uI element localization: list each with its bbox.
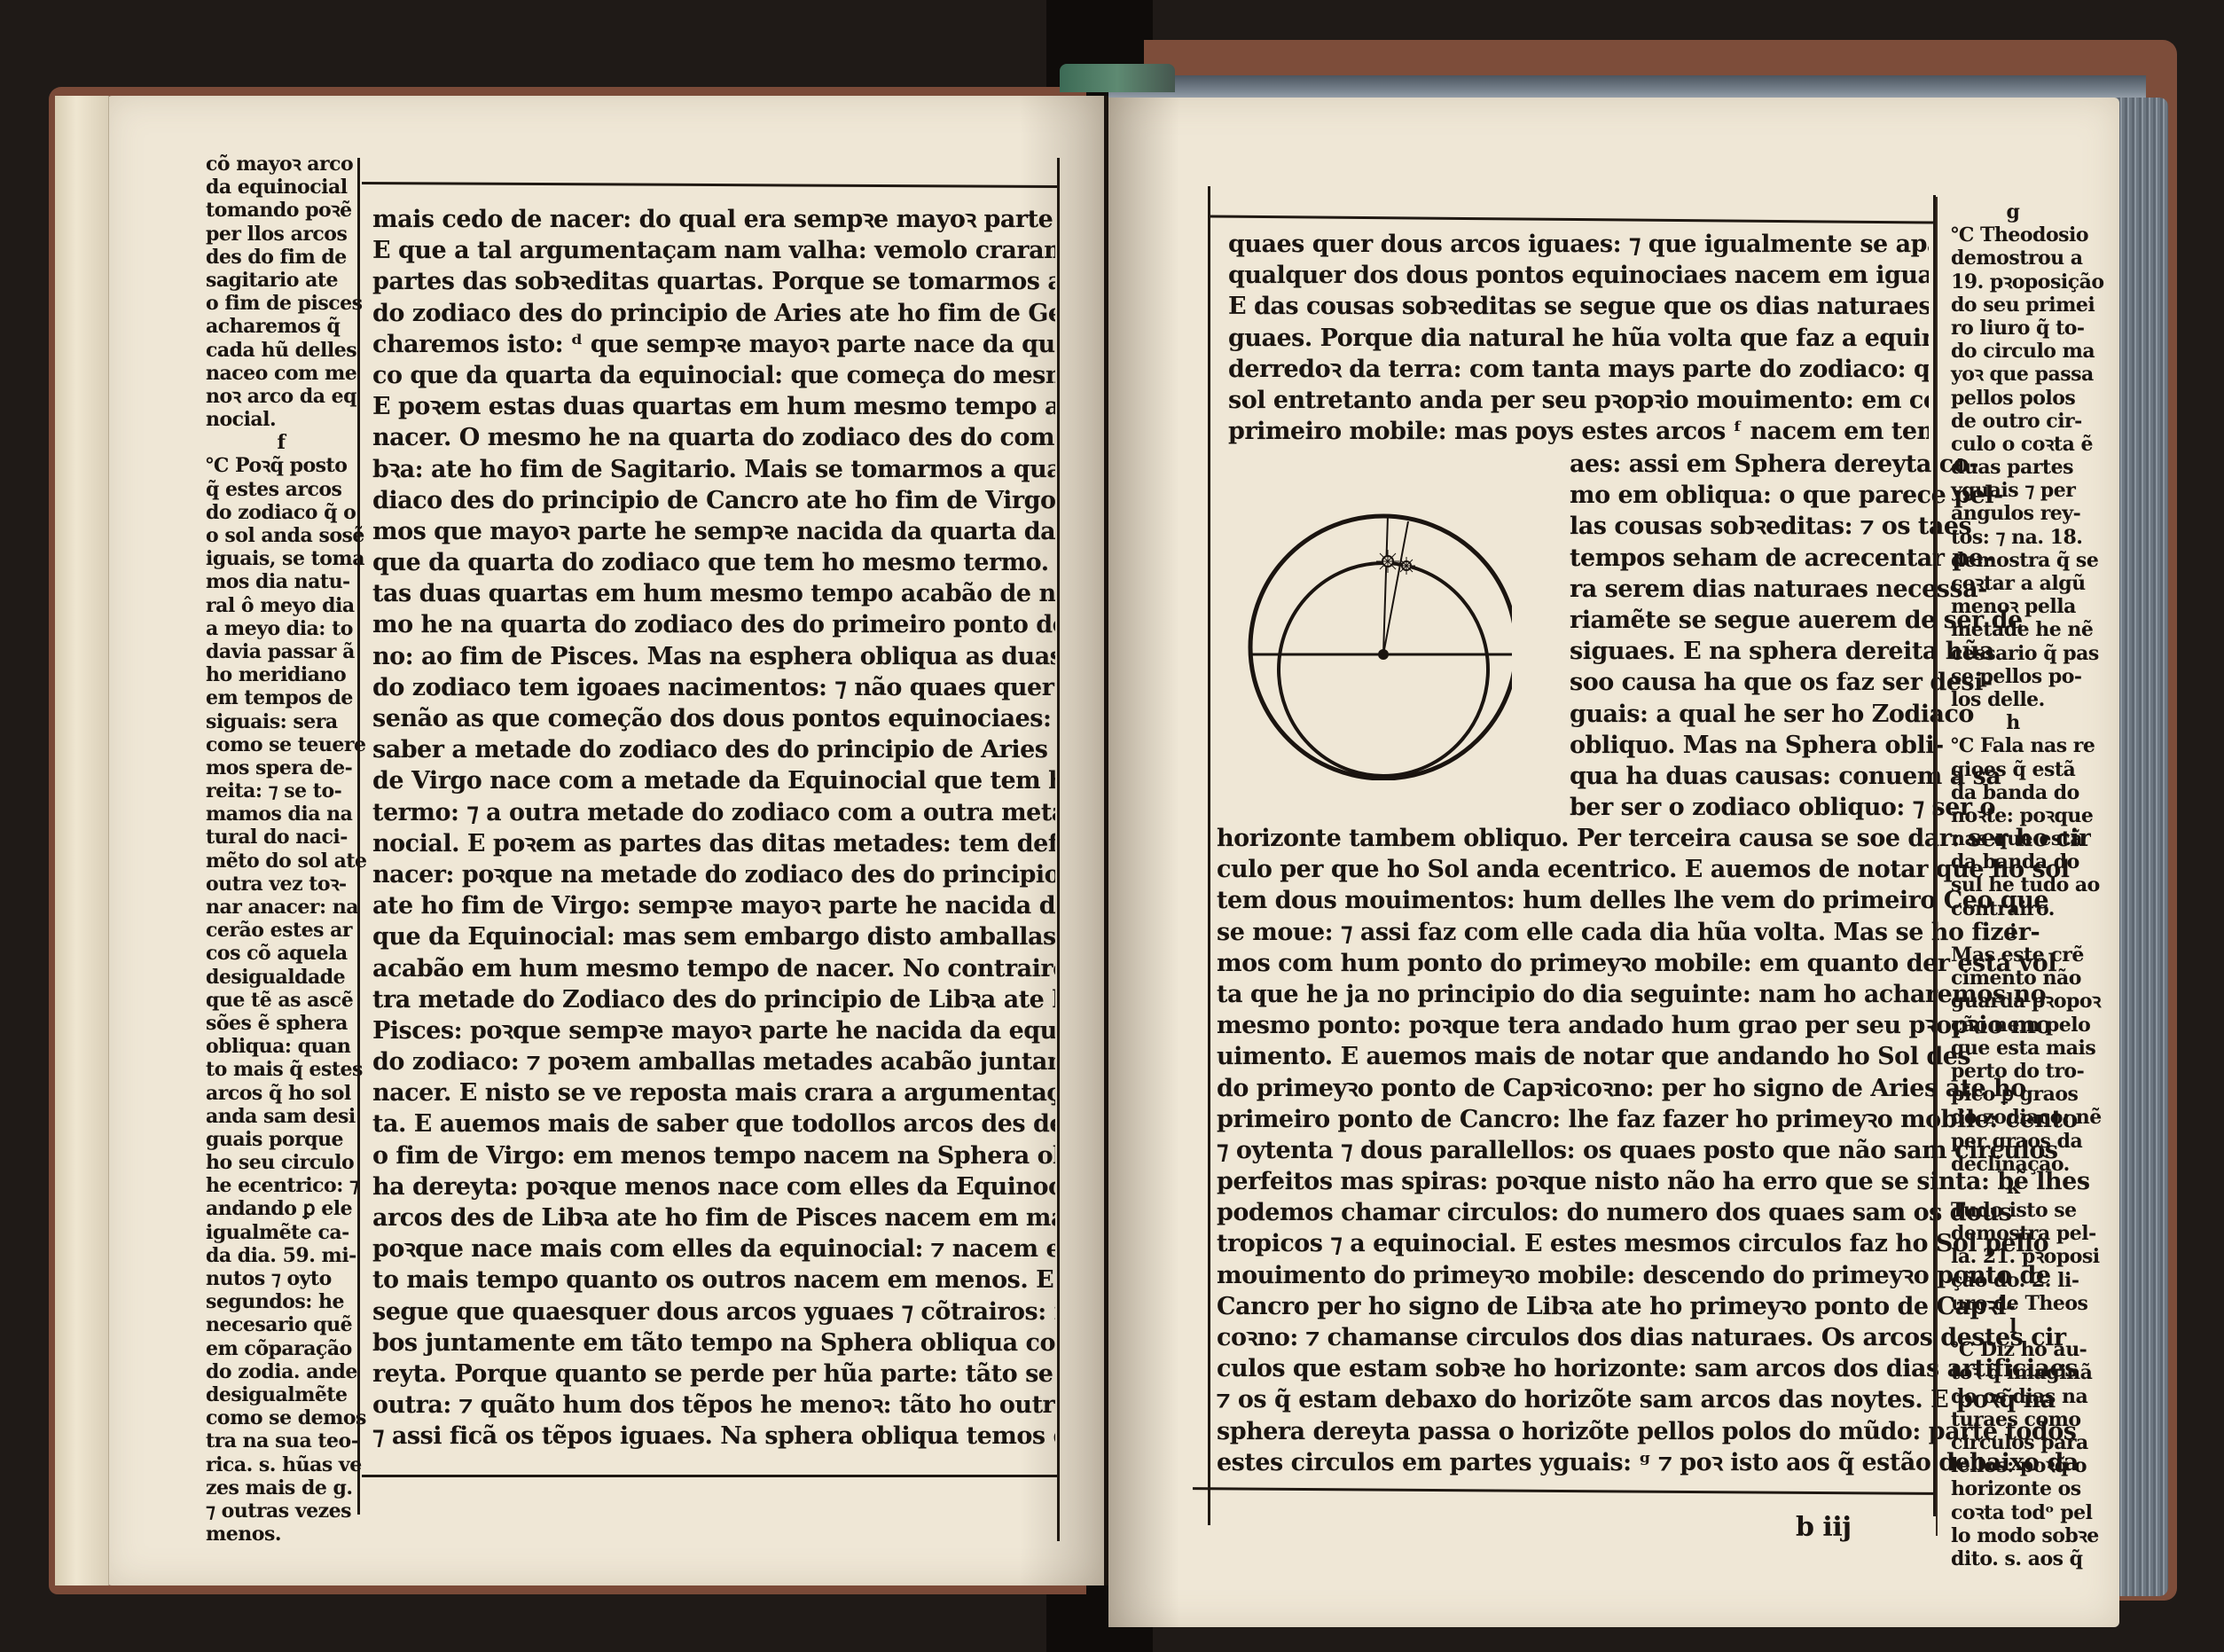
margin-line: da dia. 59. mi- bbox=[206, 1244, 356, 1267]
margin-line: em cõparação bbox=[206, 1337, 356, 1360]
margin-line: gioes q̃ estã bbox=[1951, 758, 2075, 781]
margin-line: da banda do bbox=[1951, 850, 2075, 873]
right-margin-divider-rule bbox=[1936, 197, 1938, 1536]
margin-line: desigualmẽte bbox=[206, 1383, 356, 1406]
margin-line: ho seu circulo bbox=[206, 1151, 356, 1174]
margin-line: ⁊ outras vezes bbox=[206, 1499, 356, 1523]
note-marker-h: h bbox=[1951, 711, 2075, 734]
margin-line: como se teuere bbox=[206, 733, 356, 756]
margin-line: que esta mais bbox=[1951, 1037, 2075, 1060]
text-line: que da quarta do zodiaco que tem ho mesm… bbox=[372, 547, 1055, 578]
margin-line: naceo com me bbox=[206, 362, 356, 385]
text-line: de Virgo nace com a metade da Equinocial… bbox=[372, 765, 1055, 796]
margin-line: menos. bbox=[206, 1523, 356, 1546]
margin-line: cerão estes ar bbox=[206, 919, 356, 942]
margin-line: coꝛta todᵒ pel bbox=[1951, 1501, 2075, 1524]
text-line: arcos des de Libꝛa ate ho fim de Pisces … bbox=[372, 1202, 1055, 1233]
margin-line: yoꝛ que passa bbox=[1951, 363, 2075, 386]
text-line: nacer: poꝛque na metade do zodiaco des d… bbox=[372, 859, 1055, 890]
margin-line: cada hũ delles bbox=[206, 339, 356, 362]
note-marker-f: f bbox=[206, 431, 356, 454]
margin-line: mẽto do sol ate bbox=[206, 849, 356, 873]
margin-line: declinação. bbox=[1951, 1153, 2075, 1176]
text-line: bos juntamente em tãto tempo na Sphera o… bbox=[372, 1327, 1055, 1358]
text-line: no: ao fim de Pisces. Mas na esphera obl… bbox=[372, 641, 1055, 672]
margin-line: mos dia natu- bbox=[206, 570, 356, 593]
margin-line: nocial. bbox=[206, 408, 356, 431]
margin-line: cimento não bbox=[1951, 967, 2075, 990]
margin-line: obliqua: quan bbox=[206, 1035, 356, 1058]
margin-line: que tẽ as ascẽ bbox=[206, 989, 356, 1012]
margin-line: demostra q̃ se bbox=[1951, 549, 2075, 572]
margin-line: se pellos po- bbox=[1951, 665, 2075, 688]
note-marker-g: g bbox=[1951, 200, 2075, 223]
margin-line: sul he tudo ao bbox=[1951, 873, 2075, 896]
margin-line: igualmẽte ca- bbox=[206, 1221, 356, 1244]
margin-line: to mais q̃ estes bbox=[206, 1058, 356, 1081]
text-line: ate ho fim de Virgo: sempꝛe mayoꝛ parte … bbox=[372, 890, 1055, 921]
text-line: partes das sobꝛeditas quartas. Porque se… bbox=[372, 266, 1055, 297]
text-line: senão as que começão dos dous pontos equ… bbox=[372, 703, 1055, 734]
margin-line: siguais: sera bbox=[206, 710, 356, 733]
text-line: E que a tal argumentaçam nam valha: vemo… bbox=[372, 235, 1055, 266]
margin-line: outra vez toꝛ- bbox=[206, 873, 356, 896]
center-point bbox=[1378, 649, 1389, 660]
margin-line: nutos ⁊ oyto bbox=[206, 1267, 356, 1290]
margin-line: em tempos de bbox=[206, 686, 356, 709]
margin-line: cõ mayoꝛ arco bbox=[206, 153, 356, 176]
margin-line: he ecentrico: ⁊ bbox=[206, 1174, 356, 1197]
margin-line: ral ô meyo dia bbox=[206, 594, 356, 617]
margin-line: do zodia. ande bbox=[206, 1360, 356, 1383]
margin-line: per llos arcos bbox=[206, 223, 356, 246]
margin-line: metade he nẽ bbox=[1951, 618, 2075, 641]
margin-line: necesario quẽ bbox=[206, 1313, 356, 1336]
text-line: E poꝛem estas duas quartas em hum mesmo … bbox=[372, 391, 1055, 422]
margin-line: perto do tro- bbox=[1951, 1060, 2075, 1083]
note-marker-l: l bbox=[1951, 1315, 2075, 1338]
margin-line: reita: ⁊ se to- bbox=[206, 779, 356, 803]
margin-line: horizonte os bbox=[1951, 1477, 2075, 1500]
margin-line: rica. s. hũas ve bbox=[206, 1453, 356, 1476]
margin-line: pico ꝑ graos bbox=[1951, 1083, 2075, 1106]
text-line: do zodiaco: ⁊ poꝛem amballas metades aca… bbox=[372, 1046, 1055, 1077]
note-marker-k: k bbox=[1951, 1176, 2075, 1199]
margin-line: contrairo. bbox=[1951, 897, 2075, 920]
margin-line: yguais ⁊ per bbox=[1951, 479, 2075, 502]
outer-circle bbox=[1250, 516, 1512, 779]
margin-line: da banda do bbox=[1951, 781, 2075, 804]
text-line: bꝛa: ate ho fim de Sagitario. Mais se to… bbox=[372, 454, 1055, 485]
margin-line: tomando poꝛẽ bbox=[206, 199, 356, 222]
margin-line: nar anacer: na bbox=[206, 896, 356, 919]
margin-line: sagitario ate bbox=[206, 269, 356, 292]
margin-line: angulos rey- bbox=[1951, 502, 2075, 525]
margin-line: demostrou a bbox=[1951, 247, 2075, 270]
text-line: E das cousas sobꝛeditas se segue que os … bbox=[1228, 291, 1929, 322]
signature-mark: b iij bbox=[1796, 1512, 1852, 1543]
margin-line: des do fim de bbox=[206, 246, 356, 269]
margin-line: acharemos q̃ bbox=[206, 315, 356, 338]
text-line: mo he na quarta do zodiaco des do primei… bbox=[372, 609, 1055, 640]
left-text-frame-left-rule bbox=[357, 158, 360, 1515]
margin-line: zes mais de g. bbox=[206, 1476, 356, 1499]
text-line: do zodiaco des do principio de Aries ate… bbox=[372, 298, 1055, 329]
margin-line: sões ẽ sphera bbox=[206, 1012, 356, 1035]
right-text-frame-left-rule bbox=[1208, 186, 1210, 1525]
text-line: poꝛque nace mais com elles da equinocial… bbox=[372, 1233, 1055, 1264]
text-line: reyta. Porque quanto se perde per hũa pa… bbox=[372, 1358, 1055, 1390]
left-text-frame-right-rule bbox=[1057, 158, 1060, 1541]
margin-line: Tudo isto se bbox=[1951, 1199, 2075, 1222]
text-line: mais cedo de nacer: do qual era sempꝛe m… bbox=[372, 204, 1055, 235]
margin-line: lo modo sobꝛe bbox=[1951, 1524, 2075, 1547]
sun-star-icon-1 bbox=[1376, 550, 1399, 573]
margin-line: iguais, se toma bbox=[206, 547, 356, 570]
text-line: ha dereyta: poꝛque menos nace com elles … bbox=[372, 1171, 1055, 1202]
sun-star-icon-2 bbox=[1398, 557, 1415, 575]
margin-line: noꝛ arco da eq bbox=[206, 385, 356, 408]
sphere-circles-diagram bbox=[1246, 505, 1512, 780]
margin-line: demostra pel- bbox=[1951, 1222, 2075, 1245]
margin-line: do circulo ma bbox=[1951, 340, 2075, 363]
margin-line: lellos: poꝛq̃ o bbox=[1951, 1454, 2075, 1477]
margin-line: mos spera de- bbox=[206, 756, 356, 779]
text-line: segue que quaesquer dous arcos yguaes ⁊ … bbox=[372, 1296, 1055, 1327]
margin-line: ℃ Diz ho au- bbox=[1951, 1338, 2075, 1361]
text-line: co que da quarta da equinocial: que come… bbox=[372, 360, 1055, 391]
text-line: tra metade do Zodiaco des do principio d… bbox=[372, 984, 1055, 1015]
margin-line: duas partes bbox=[1951, 456, 2075, 479]
margin-line: de outro cir- bbox=[1951, 410, 2075, 433]
text-line: sol entretanto anda per seu pꝛopꝛio moui… bbox=[1228, 385, 1929, 416]
text-line: saber a metade do zodiaco des do princip… bbox=[372, 734, 1055, 765]
margin-line: arcos q̃ ho sol bbox=[206, 1082, 356, 1105]
right-margin-notes: g ℃ Theodosio demostrou a 19. pꝛoposição… bbox=[1951, 200, 2075, 1570]
text-line: ta. E auemos mais de saber que todollos … bbox=[372, 1108, 1055, 1139]
margin-line: do zodiaco q̃ o bbox=[206, 501, 356, 524]
margin-line: q̃ estes arcos bbox=[206, 478, 356, 501]
margin-line: coꝛtar a algũ bbox=[1951, 572, 2075, 595]
margin-line: noꝛte: poꝛque bbox=[1951, 804, 2075, 827]
margin-line: ℃ Theodosio bbox=[1951, 223, 2075, 247]
headband bbox=[1060, 64, 1175, 92]
margin-line: nas que estã bbox=[1951, 827, 2075, 850]
margin-line: toꝛ q̃ imaginã bbox=[1951, 1361, 2075, 1384]
margin-line: do zodiaco: nẽ bbox=[1951, 1106, 2075, 1129]
margin-line: o fim de pisces bbox=[206, 292, 356, 315]
margin-line: como se demos bbox=[206, 1406, 356, 1429]
text-line: guaes. Porque dia natural he hũa volta q… bbox=[1228, 323, 1929, 354]
left-main-text-block: mais cedo de nacer: do qual era sempꝛe m… bbox=[372, 204, 1055, 1452]
text-line: termo: ⁊ a outra metade do zodiaco com a… bbox=[372, 797, 1055, 828]
margin-line: dito. s. aos q̃ bbox=[1951, 1547, 2075, 1570]
margin-line: da equinocial bbox=[206, 176, 356, 199]
text-line: acabão em hum mesmo tempo de nacer. No c… bbox=[372, 953, 1055, 984]
margin-line: andando ꝑ ele bbox=[206, 1197, 356, 1220]
margin-line: cos cõ aquela bbox=[206, 942, 356, 965]
margin-line: desigualdade bbox=[206, 966, 356, 989]
margin-line: do seu primei bbox=[1951, 294, 2075, 317]
margin-line: 19. pꝛoposição bbox=[1951, 270, 2075, 294]
margin-line: tural do naci- bbox=[206, 826, 356, 849]
margin-line: a meyo dia: to bbox=[206, 617, 356, 640]
margin-line: pellos polos bbox=[1951, 387, 2075, 410]
left-fore-edge bbox=[55, 96, 109, 1585]
text-line: o fim de Virgo: em menos tempo nacem na … bbox=[372, 1140, 1055, 1171]
text-line: nocial. E poꝛem as partes das ditas meta… bbox=[372, 828, 1055, 859]
margin-line: mamos dia na bbox=[206, 803, 356, 826]
text-line: mos que mayoꝛ parte he sempꝛe nacida da … bbox=[372, 516, 1055, 547]
text-line: do zodiaco tem igoaes nacimentos: ⁊ não … bbox=[372, 672, 1055, 703]
right-main-text-top: quaes quer dous arcos iguaes: ⁊ que igua… bbox=[1228, 229, 1929, 447]
margin-line: los delle. bbox=[1951, 688, 2075, 711]
left-margin-notes: cõ mayoꝛ arco da equinocial tomando poꝛẽ… bbox=[206, 153, 356, 1546]
margin-line: culo o coꝛta ẽ bbox=[1951, 433, 2075, 456]
margin-line: cessario q̃ pas bbox=[1951, 642, 2075, 665]
text-line: que da Equinocial: mas sem embargo disto… bbox=[372, 921, 1055, 952]
margin-line: guarda pꝛopoꝛ bbox=[1951, 990, 2075, 1013]
margin-line: ro liuro q̃ to- bbox=[1951, 317, 2075, 340]
text-line: diaco des do principio de Cancro ate ho … bbox=[372, 485, 1055, 516]
margin-line: segundos: he bbox=[206, 1290, 356, 1313]
margin-line: uro de Theos bbox=[1951, 1292, 2075, 1315]
margin-line: circulos para bbox=[1951, 1431, 2075, 1454]
note-marker-i: i bbox=[1951, 920, 2075, 943]
text-line: nacer. E nisto se ve reposta mais crara … bbox=[372, 1077, 1055, 1108]
text-line: charemos isto: ᵈ que sempꝛe mayoꝛ parte … bbox=[372, 329, 1055, 360]
margin-line: ℃ Poꝛq̃ posto bbox=[206, 454, 356, 477]
text-line: Pisces: poꝛque sempꝛe mayoꝛ parte he nac… bbox=[372, 1015, 1055, 1046]
margin-line: per graos da bbox=[1951, 1130, 2075, 1153]
margin-line: turaes como bbox=[1951, 1408, 2075, 1431]
text-line: nacer. O mesmo he na quarta do zodiaco d… bbox=[372, 422, 1055, 453]
margin-line: tra na sua teo- bbox=[206, 1429, 356, 1452]
margin-line: o sol anda sosẽ bbox=[206, 524, 356, 547]
text-line: qualquer dos dous pontos equinociaes nac… bbox=[1228, 260, 1929, 291]
margin-line: tos: ⁊ na. 18. bbox=[1951, 526, 2075, 549]
text-line: primeiro mobile: mas poys estes arcos ᶠ … bbox=[1228, 416, 1929, 447]
margin-line: guais porque bbox=[206, 1128, 356, 1151]
text-line: tas duas quartas em hum mesmo tempo acab… bbox=[372, 578, 1055, 609]
left-text-frame-bottom-rule bbox=[362, 1475, 1057, 1477]
margin-line: la. 21. pꝛoposi bbox=[1951, 1245, 2075, 1268]
inner-eccentric-circle bbox=[1279, 563, 1488, 776]
text-line: derredoꝛ da terra: com tanta mays parte … bbox=[1228, 354, 1929, 385]
text-line: outra: ⁊ quãto hum dos tẽpos he menoꝛ: t… bbox=[372, 1390, 1055, 1421]
margin-line: davia passar ã bbox=[206, 640, 356, 663]
text-line: to mais tempo quanto os outros nacem em … bbox=[372, 1264, 1055, 1296]
margin-line: ção nem pelo bbox=[1951, 1014, 2075, 1037]
margin-line: Mas este crẽ bbox=[1951, 943, 2075, 967]
text-line: quaes quer dous arcos iguaes: ⁊ que igua… bbox=[1228, 229, 1929, 260]
margin-line: ℃ Fala nas re bbox=[1951, 734, 2075, 757]
text-line: ⁊ assi ficã os tẽpos iguaes. Na sphera o… bbox=[372, 1421, 1055, 1452]
margin-line: menoꝛ pella bbox=[1951, 595, 2075, 618]
margin-line: anda sam desi bbox=[206, 1105, 356, 1128]
margin-line: ção do. 2. li- bbox=[1951, 1269, 2075, 1292]
margin-line: ho meridiano bbox=[206, 663, 356, 686]
margin-line: do os dias na bbox=[1951, 1385, 2075, 1408]
gutter-shadow-right bbox=[1108, 98, 1179, 1627]
